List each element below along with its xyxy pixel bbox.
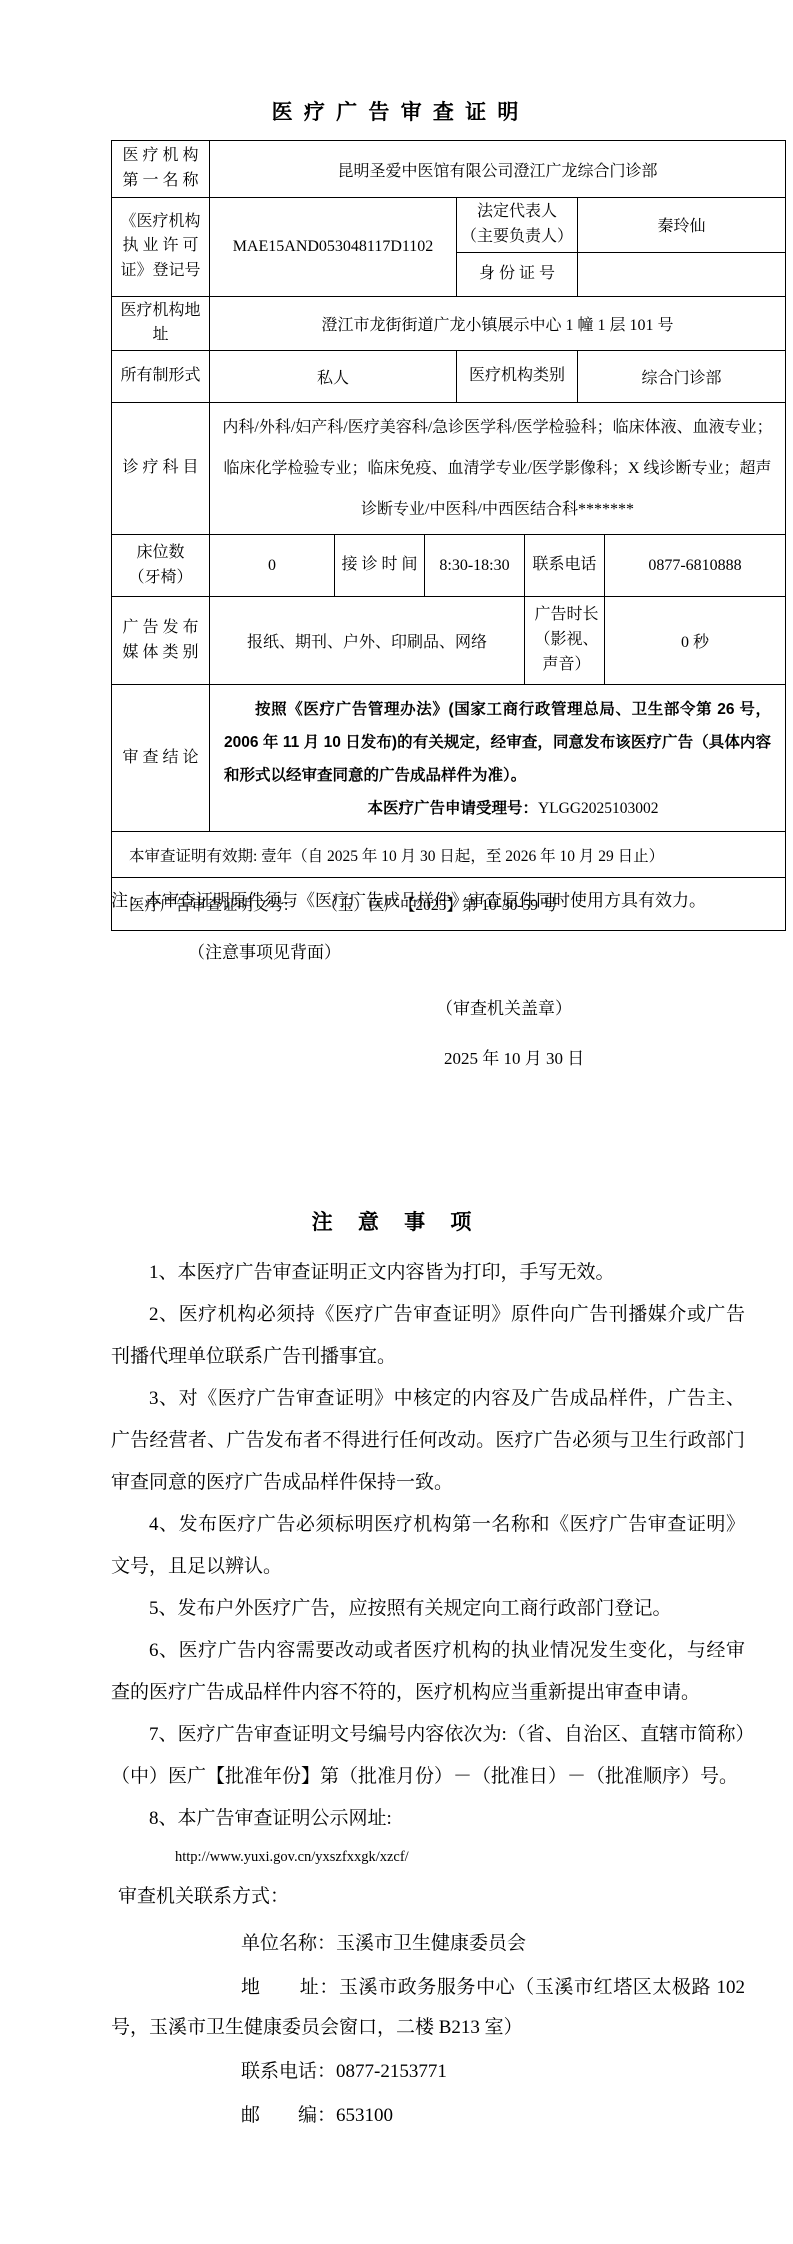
departments-label: 诊 疗 科 目 (112, 403, 210, 535)
hours-label: 接 诊 时 间 (335, 535, 425, 597)
conclusion-label: 审 查 结 论 (112, 685, 210, 832)
row-org-name: 医 疗 机 构 第 一 名 称 昆明圣爱中医馆有限公司澄江广龙综合门诊部 (112, 141, 786, 198)
notice-item-1: 1、本医疗广告审查证明正文内容皆为打印，手写无效。 (111, 1252, 745, 1294)
notice-item-4: 4、发布医疗广告必须标明医疗机构第一名称和《医疗广告审查证明》文号，且足以辨认。 (111, 1504, 745, 1588)
contact-unit: 单位名称：玉溪市卫生健康委员会 (241, 1924, 745, 1964)
departments-value: 内科/外科/妇产科/医疗美容科/急诊医学科/医学检验科；临床体液、血液专业；临床… (210, 403, 786, 535)
contact-address: 地 址：玉溪市政务服务中心（玉溪市红塔区太极路 102 号，玉溪市卫生健康委员会… (111, 1968, 745, 2048)
id-no-value (578, 252, 786, 296)
row-license: 《医疗机构 执 业 许 可 证》登记号 MAE15AND053048117D11… (112, 198, 786, 253)
row-media: 广 告 发 布 媒 体 类 别 报纸、期刊、户外、印刷品、网络 广告时长 （影视… (112, 597, 786, 685)
media-label: 广 告 发 布 媒 体 类 别 (112, 597, 210, 685)
conclusion-text: 按照《医疗广告管理办法》(国家工商行政管理总局、卫生部令第 26 号，2006 … (224, 693, 771, 792)
duration-label: 广告时长 （影视、 声音） (525, 597, 605, 685)
notice-item-8: 8、本广告审查证明公示网址: (111, 1798, 745, 1840)
contact-heading: 审查机关联系方式： (111, 1874, 745, 1920)
hours-value: 8:30-18:30 (425, 535, 525, 597)
row-departments: 诊 疗 科 目 内科/外科/妇产科/医疗美容科/急诊医学科/医学检验科；临床体液… (112, 403, 786, 535)
notice-item-6: 6、医疗广告内容需要改动或者医疗机构的执业情况发生变化，与经审查的医疗广告成品样… (111, 1630, 745, 1714)
see-back-note: （注意事项见背面） (188, 938, 341, 963)
legal-rep-label: 法定代表人 （主要负责人） (457, 198, 578, 253)
phone-value: 0877-6810888 (605, 535, 786, 597)
acceptance-label: 本医疗广告申请受理号： (367, 800, 538, 817)
notices-section: 1、本医疗广告审查证明正文内容皆为打印，手写无效。 2、医疗机构必须持《医疗广告… (111, 1252, 745, 2140)
contact-postal-code: 邮 编：653100 (241, 2096, 745, 2136)
contact-phone: 联系电话：0877-2153771 (241, 2052, 745, 2092)
row-ownership: 所有制形式 私人 医疗机构类别 综合门诊部 (112, 351, 786, 403)
ownership-label: 所有制形式 (112, 351, 210, 403)
certificate-page: 医 疗 广 告 审 查 证 明 医 疗 机 构 第 一 名 称 昆明圣爱中医馆有… (0, 0, 793, 2244)
contact-block: 单位名称：玉溪市卫生健康委员会 地 址：玉溪市政务服务中心（玉溪市红塔区太极路 … (111, 1924, 745, 2136)
legal-rep-value: 秦玲仙 (578, 198, 786, 253)
license-label: 《医疗机构 执 业 许 可 证》登记号 (112, 198, 210, 297)
original-use-note: 注：本审查证明原件须与《医疗广告成品样件》审查原件同时使用方具有效力。 (111, 886, 706, 911)
beds-label: 床位数 （牙椅） (112, 535, 210, 597)
notice-item-7: 7、医疗广告审查证明文号编号内容依次为:（省、自治区、直辖市简称）（中）医广【批… (111, 1714, 745, 1798)
issue-date: 2025 年 10 月 30 日 (444, 1044, 584, 1069)
acceptance-number: YLGG2025103002 (538, 800, 659, 817)
address-label: 医疗机构地址 (112, 296, 210, 351)
review-authority-seal-placeholder: （审查机关盖章） (436, 994, 572, 1019)
certificate-table: 医 疗 机 构 第 一 名 称 昆明圣爱中医馆有限公司澄江广龙综合门诊部 《医疗… (111, 140, 786, 931)
duration-value: 0 秒 (605, 597, 786, 685)
phone-label: 联系电话 (525, 535, 605, 597)
notice-item-3: 3、对《医疗广告审查证明》中核定的内容及广告成品样件，广告主、广告经营者、广告发… (111, 1378, 745, 1504)
beds-value: 0 (210, 535, 335, 597)
notices-title: 注 意 事 项 (0, 1206, 793, 1236)
row-validity: 本审查证明有效期: 壹年（自 2025 年 10 月 30 日起，至 2026 … (112, 832, 786, 878)
media-value: 报纸、期刊、户外、印刷品、网络 (210, 597, 525, 685)
id-no-label: 身 份 证 号 (457, 252, 578, 296)
address-value: 澄江市龙街街道广龙小镇展示中心 1 幢 1 层 101 号 (210, 296, 786, 351)
public-url-text: http://www.yuxi.gov.cn/yxszfxxgk/xzcf/ (175, 1840, 745, 1874)
notice-item-5: 5、发布户外医疗广告，应按照有关规定向工商行政部门登记。 (111, 1588, 745, 1630)
row-conclusion: 审 查 结 论 按照《医疗广告管理办法》(国家工商行政管理总局、卫生部令第 26… (112, 685, 786, 832)
row-address: 医疗机构地址 澄江市龙街街道广龙小镇展示中心 1 幢 1 层 101 号 (112, 296, 786, 351)
validity-line: 本审查证明有效期: 壹年（自 2025 年 10 月 30 日起，至 2026 … (112, 832, 786, 878)
org-name-value: 昆明圣爱中医馆有限公司澄江广龙综合门诊部 (210, 141, 786, 198)
acceptance-line: 本医疗广告申请受理号：YLGG2025103002 (224, 792, 771, 825)
license-value: MAE15AND053048117D1102 (210, 198, 457, 297)
row-beds: 床位数 （牙椅） 0 接 诊 时 间 8:30-18:30 联系电话 0877-… (112, 535, 786, 597)
page-title: 医 疗 广 告 审 查 证 明 (0, 96, 793, 126)
org-type-label: 医疗机构类别 (457, 351, 578, 403)
org-name-label: 医 疗 机 构 第 一 名 称 (112, 141, 210, 198)
conclusion-cell: 按照《医疗广告管理办法》(国家工商行政管理总局、卫生部令第 26 号，2006 … (210, 685, 786, 832)
org-type-value: 综合门诊部 (578, 351, 786, 403)
ownership-value: 私人 (210, 351, 457, 403)
notice-item-2: 2、医疗机构必须持《医疗广告审查证明》原件向广告刊播媒介或广告刊播代理单位联系广… (111, 1294, 745, 1378)
